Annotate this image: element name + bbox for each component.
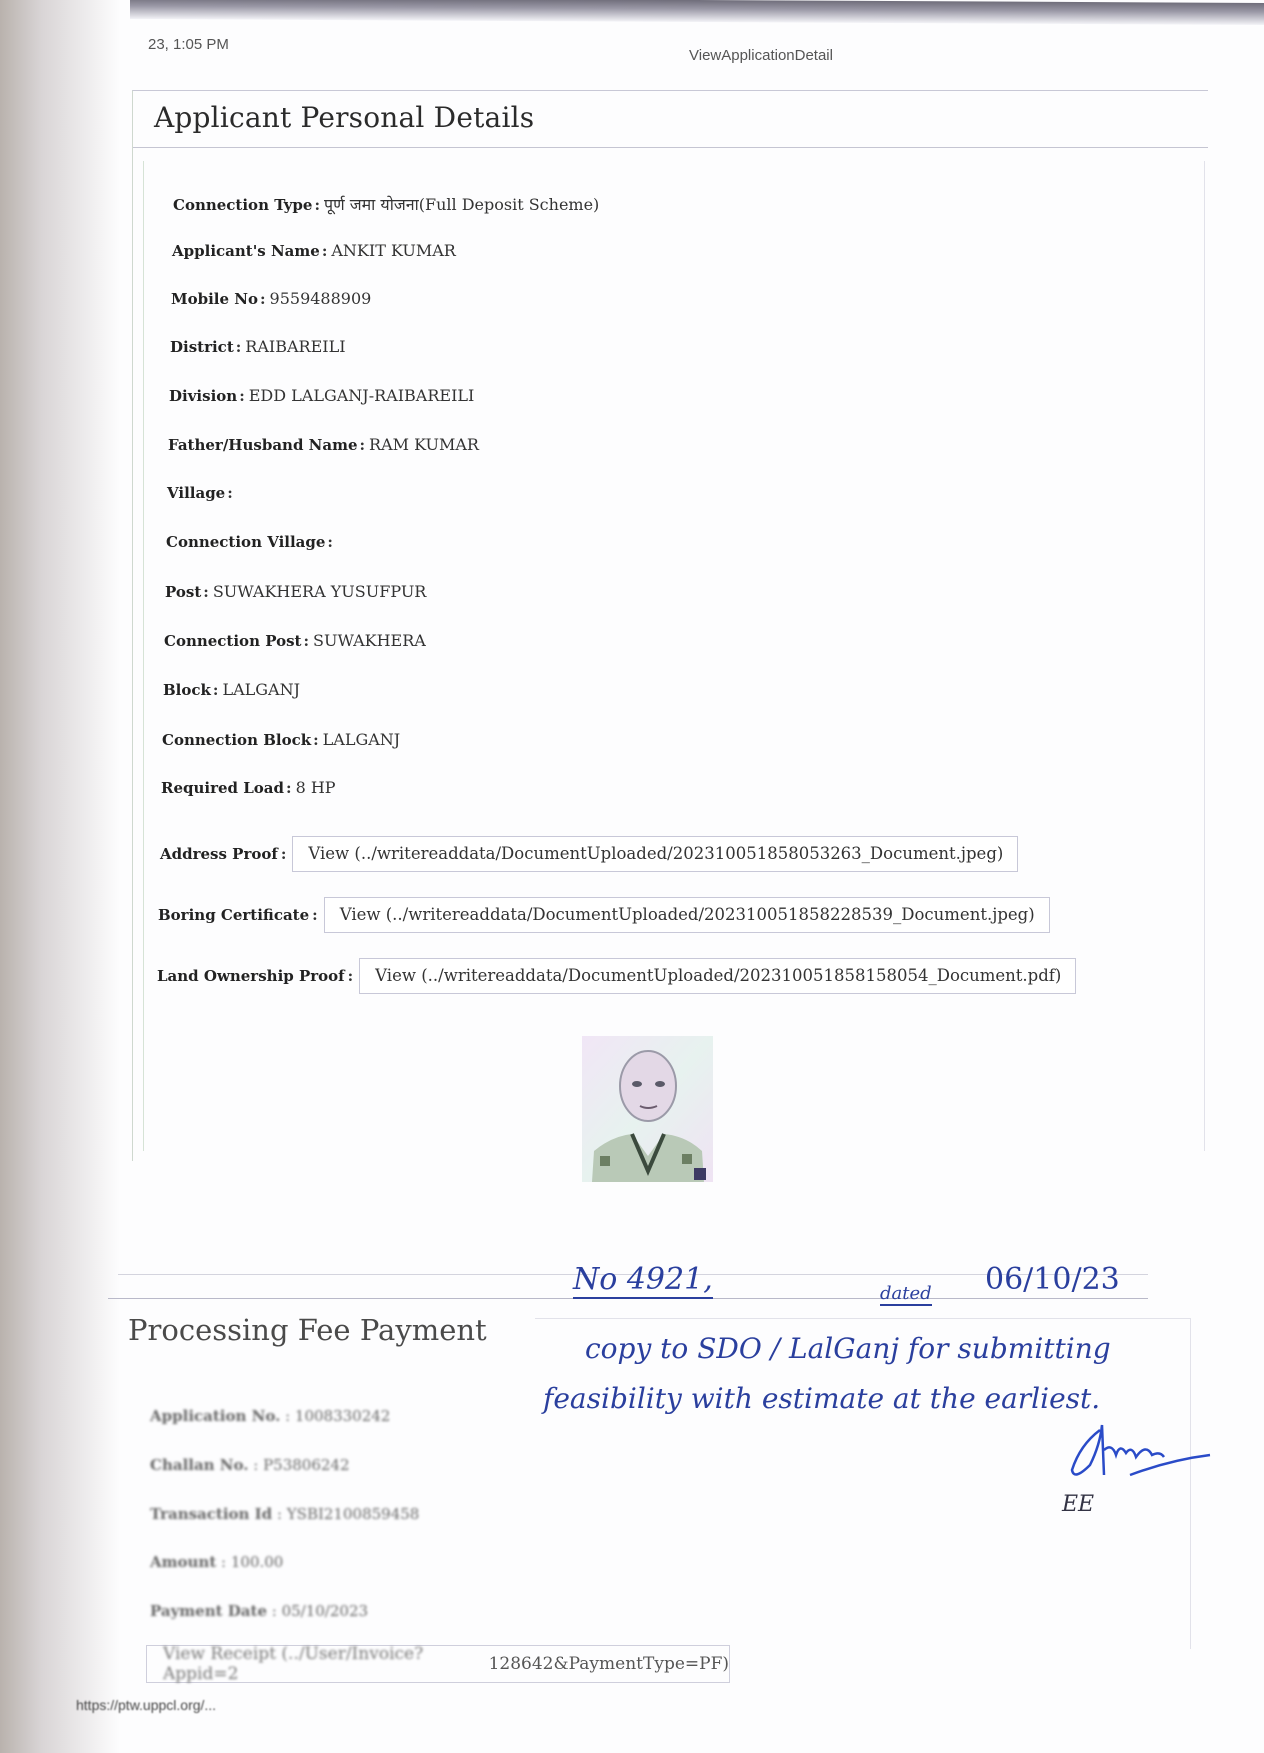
field-label: Division [169, 387, 237, 405]
field-value: EDD LALGANJ-RAIBAREILI [249, 386, 475, 405]
fee-value: 1008330242 [295, 1407, 390, 1425]
detail-field: Division:EDD LALGANJ-RAIBAREILI [169, 386, 474, 405]
detail-field: Block:LALGANJ [163, 680, 300, 699]
field-label: Block [163, 681, 211, 699]
field-separator: : [260, 290, 266, 308]
handwritten-number: No 4921, [573, 1262, 713, 1299]
field-label: Connection Block [162, 731, 311, 749]
document-row-land-ownership-proof: Land Ownership Proof: View (../writeread… [157, 958, 1076, 994]
handwritten-designation: EE [1062, 1492, 1094, 1517]
document-row-boring-certificate: Boring Certificate: View (../writereadda… [158, 897, 1050, 933]
handwritten-note-line2: feasibility with estimate at the earlies… [543, 1382, 1100, 1415]
fee-value: 100.00 [231, 1553, 284, 1571]
field-separator: : [236, 338, 242, 356]
view-boring-certificate-link[interactable]: View (../writereaddata/DocumentUploaded/… [324, 897, 1050, 933]
field-label: Father/Husband Name [168, 436, 358, 454]
handwritten-date: 06/10/23 [985, 1262, 1120, 1297]
field-label: Connection Post [164, 632, 301, 650]
detail-field: Post:SUWAKHERA YUSUFPUR [165, 582, 426, 601]
document-label: Land Ownership Proof [157, 967, 345, 985]
field-label: Connection Village [166, 533, 325, 551]
footer-url: https://ptw.uppcl.org/... [76, 1697, 216, 1713]
fee-field: Challan No. : P53806242 [150, 1456, 350, 1474]
field-value: 8 HP [296, 778, 336, 797]
detail-field: Village: [167, 483, 237, 502]
panel-header: Applicant Personal Details [133, 91, 1208, 148]
field-label: Connection Type [173, 196, 312, 214]
detail-field: Applicant's Name:ANKIT KUMAR [172, 241, 456, 260]
processing-fee-title: Processing Fee Payment [128, 1313, 487, 1347]
applicant-photo [582, 1036, 713, 1182]
fee-value: 05/10/2023 [282, 1602, 368, 1620]
receipt-link-suffix: 128642&PaymentType=PF) [489, 1654, 729, 1674]
document-label: Boring Certificate [158, 906, 309, 924]
detail-field: Connection Block:LALGANJ [162, 730, 400, 749]
fee-value: P53806242 [263, 1456, 349, 1474]
detail-field: Connection Type:पूर्ण जमा योजना(Full Dep… [173, 193, 599, 215]
field-value: RAM KUMAR [369, 435, 479, 454]
field-label: Required Load [161, 779, 284, 797]
fee-label: Challan No. [150, 1456, 248, 1474]
field-value: ANKIT KUMAR [331, 241, 455, 260]
handwritten-dated-label: dated [880, 1283, 932, 1306]
field-value: RAIBAREILI [245, 337, 345, 356]
fee-field: Transaction Id : YSBI2100859458 [150, 1505, 419, 1523]
field-label: Village [167, 484, 225, 502]
fee-field: Application No. : 1008330242 [150, 1407, 390, 1425]
fee-field: Payment Date : 05/10/2023 [150, 1602, 368, 1620]
field-separator: : [203, 583, 209, 601]
field-label: District [170, 338, 234, 356]
signature [1060, 1415, 1220, 1495]
fee-label: Application No. [150, 1407, 280, 1425]
detail-field: Mobile No:9559488909 [171, 289, 371, 308]
field-separator: : [227, 484, 233, 502]
detail-field: District:RAIBAREILI [170, 337, 346, 356]
field-label: Post [165, 583, 201, 601]
field-separator: : [313, 731, 319, 749]
field-separator: : [327, 533, 333, 551]
field-separator: : [322, 242, 328, 260]
field-value: SUWAKHERA YUSUFPUR [213, 582, 427, 601]
field-separator: : [239, 387, 245, 405]
field-value: 9559488909 [270, 289, 372, 308]
fee-label: Transaction Id [150, 1505, 272, 1523]
view-land-ownership-proof-link[interactable]: View (../writereaddata/DocumentUploaded/… [359, 958, 1076, 994]
fee-field: Amount : 100.00 [150, 1553, 283, 1571]
detail-field: Required Load:8 HP [161, 778, 336, 797]
field-label: Applicant's Name [172, 242, 320, 260]
field-separator: : [360, 436, 366, 454]
detail-field: Connection Village: [166, 532, 337, 551]
fee-value: YSBI2100859458 [287, 1505, 420, 1523]
field-value: SUWAKHERA [313, 631, 426, 650]
field-separator: : [314, 196, 320, 214]
fee-label: Payment Date [150, 1602, 267, 1620]
print-page-title: ViewApplicationDetail [689, 47, 833, 64]
field-separator: : [303, 632, 309, 650]
panel-body [143, 161, 1205, 1151]
view-address-proof-link[interactable]: View (../writereaddata/DocumentUploaded/… [292, 836, 1018, 872]
handwritten-note-line1: copy to SDO / LalGanj for submitting [585, 1332, 1111, 1365]
field-value: LALGANJ [222, 680, 300, 699]
scan-edge-shadow [0, 0, 120, 1753]
field-separator: : [286, 779, 292, 797]
field-value: LALGANJ [323, 730, 401, 749]
view-receipt-link[interactable]: View Receipt (../User/Invoice?Appid=2128… [146, 1645, 730, 1683]
field-value: पूर्ण जमा योजना(Full Deposit Scheme) [324, 195, 599, 214]
detail-field: Father/Husband Name:RAM KUMAR [168, 435, 479, 454]
print-timestamp: 23, 1:05 PM [148, 36, 229, 53]
detail-field: Connection Post:SUWAKHERA [164, 631, 426, 650]
panel-title: Applicant Personal Details [154, 101, 534, 134]
fee-label: Amount [150, 1553, 216, 1571]
scan-top-edge [130, 0, 1264, 25]
document-label: Address Proof [160, 845, 278, 863]
receipt-link-prefix: View Receipt (../User/Invoice?Appid=2 [163, 1644, 489, 1684]
document-row-address-proof: Address Proof: View (../writereaddata/Do… [160, 836, 1018, 872]
field-label: Mobile No [171, 290, 258, 308]
field-separator: : [213, 681, 219, 699]
